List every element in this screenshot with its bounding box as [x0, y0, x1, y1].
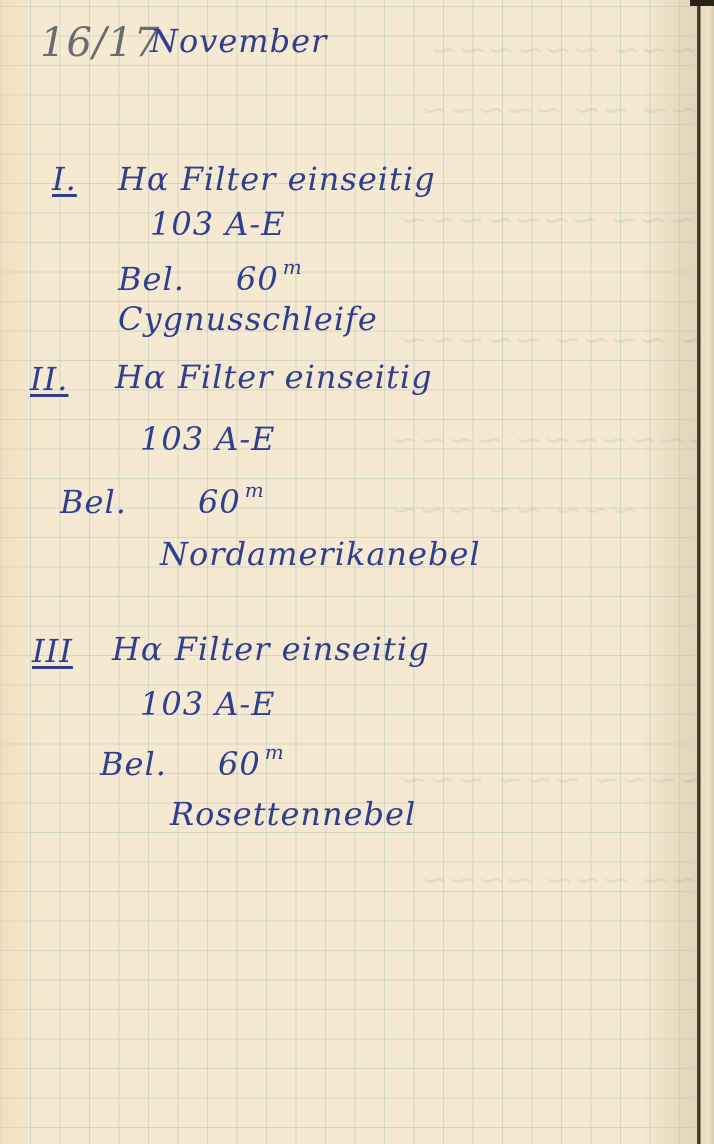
- exposure-label: Bel.: [118, 260, 185, 298]
- exposure-label: Bel.: [60, 483, 127, 521]
- exposure-unit: m: [245, 478, 265, 502]
- bleed-through-text: ~~~~~~~ ~~~ ~~~: [400, 760, 714, 800]
- entry-filter: Hα Filter einseitig: [115, 358, 433, 396]
- exposure-unit: m: [283, 255, 303, 279]
- bleed-through-text: ~~~~~~~ ~~~~~~~: [400, 200, 714, 240]
- exposure-value: 60: [198, 483, 241, 521]
- binding-shadow: [690, 0, 714, 6]
- month-heading: November: [150, 22, 327, 60]
- exposure-label: Bel.: [100, 745, 167, 783]
- notebook-binding-edge: [697, 0, 714, 1144]
- entry-object: Cygnusschleife: [118, 300, 378, 338]
- entry-exposure: Bel. 60m: [60, 478, 265, 521]
- entry-numeral: II.: [30, 360, 68, 398]
- bleed-through-text: ~~~~~~~~~ ~~~~: [390, 420, 714, 460]
- bleed-through-text: ~~~ ~~ ~~~: [390, 490, 640, 530]
- exposure-value: 60: [236, 260, 279, 298]
- entry-exposure: Bel. 60m: [118, 255, 303, 298]
- bleed-through-text: ~~~ ~~~~~~: [430, 30, 697, 70]
- entry-exposure: Bel. 60m: [100, 740, 285, 783]
- entry-object: Nordamerikanebel: [160, 535, 481, 573]
- entry-object: Rosettennebel: [170, 795, 416, 833]
- entry-filter: Hα Filter einseitig: [112, 630, 430, 668]
- entry-plate: 103 A-E: [140, 685, 276, 723]
- entry-plate: 103 A-E: [150, 205, 286, 243]
- bleed-through-text: ~~~~ ~~ ~~~~~: [420, 90, 714, 130]
- exposure-unit: m: [265, 740, 285, 764]
- entry-plate: 103 A-E: [140, 420, 276, 458]
- entry-numeral: I.: [52, 160, 77, 198]
- date-range: 16/17: [40, 20, 160, 66]
- bleed-through-text: ~~~~~ ~~~ ~~~~: [420, 860, 714, 900]
- exposure-value: 60: [218, 745, 261, 783]
- notebook-page: ~~~ ~~~~~~ ~~~~ ~~ ~~~~~ ~~~~~~~ ~~~~~~~…: [0, 0, 700, 1144]
- bleed-through-text: ~~~ ~~~~ ~~~~~: [400, 320, 714, 360]
- entry-numeral: III: [32, 632, 73, 670]
- entry-filter: Hα Filter einseitig: [118, 160, 436, 198]
